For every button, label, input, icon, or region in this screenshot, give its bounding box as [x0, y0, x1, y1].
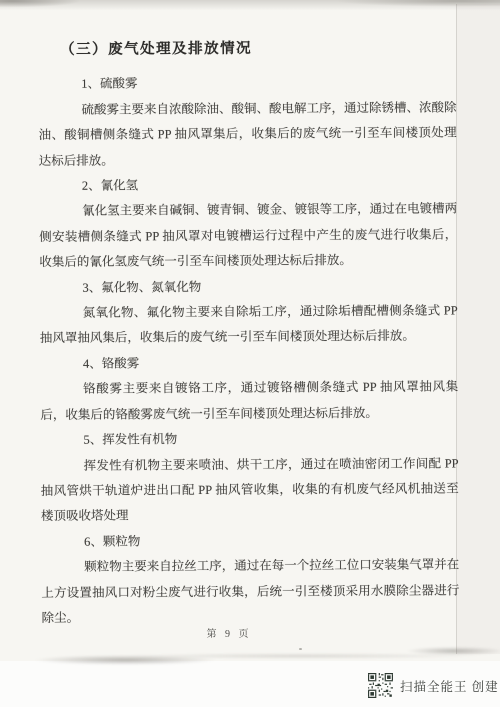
section-paragraph: 铬酸雾主要来自镀铬工序，通过镀铬槽侧条缝式 PP 抽风罩抽风集后，收集后的铬酸雾…: [40, 375, 458, 428]
section-heading: 5、挥发性有机物: [40, 426, 458, 454]
section-voc: 5、挥发性有机物 挥发性有机物主要来喷油、烘干工序，通过在喷油密闭工作间配 PP…: [40, 426, 459, 530]
section-heading: 6、颗粒物: [41, 527, 459, 555]
section-chromic-acid-mist: 4、铬酸雾 铬酸雾主要来自镀铬工序，通过镀铬槽侧条缝式 PP 抽风罩抽风集后，收…: [40, 349, 458, 428]
qr-code-icon: [368, 673, 393, 698]
section-hydrogen-cyanide: 2、氰化氢 氰化氢主要来自碱铜、镀青铜、镀金、镀银等工序，通过在电镀槽两侧安装槽…: [39, 171, 458, 275]
document-body: （三）废气处理及排放情况 1、硫酸雾 硫酸雾主要来自浓酸除油、酸铜、酸电解工序，…: [38, 35, 460, 631]
section-heading: 1、硫酸雾: [38, 70, 456, 98]
section-heading: 3、氟化物、氮氧化物: [39, 273, 457, 301]
scan-edge-top: [0, 0, 500, 14]
scanned-page: （三）废气处理及排放情况 1、硫酸雾 硫酸雾主要来自浓酸除油、酸铜、酸电解工序，…: [0, 0, 500, 661]
section-paragraph: 氰化氢主要来自碱铜、镀青铜、镀金、镀银等工序，通过在电镀槽两侧安装槽侧条缝式 P…: [39, 197, 457, 276]
section-paragraph: 颗粒物主要来自拉丝工序，通过在每一个拉丝工位口安装集气罩并在上方设置抽风口对粉尘…: [41, 553, 459, 632]
scan-edge-bottom: [0, 646, 500, 670]
section-fluoride-nox: 3、氟化物、氮氧化物 氮氧化物、氟化物主要来自除垢工序，通过除垢槽配槽侧条缝式 …: [39, 273, 457, 352]
document-title: （三）废气处理及排放情况: [60, 35, 456, 63]
scan-canvas: （三）废气处理及排放情况 1、硫酸雾 硫酸雾主要来自浓酸除油、酸铜、酸电解工序，…: [0, 0, 500, 707]
section-paragraph: 氮氧化物、氟化物主要来自除垢工序，通过除垢槽配槽侧条缝式 PP 抽风罩抽风集后，…: [40, 299, 458, 352]
camscanner-watermark: 扫描全能王 创建: [368, 673, 499, 698]
section-paragraph: 挥发性有机物主要来喷油、烘干工序，通过在喷油密闭工作间配 PP 抽风管烘干轨道炉…: [41, 451, 459, 530]
section-heading: 2、氰化氢: [39, 171, 457, 199]
section-particulates: 6、颗粒物 颗粒物主要来自拉丝工序，通过在每一个拉丝工位口安装集气罩并在上方设置…: [41, 527, 460, 631]
scan-edge-right: [456, 4, 500, 654]
section-heading: 4、铬酸雾: [40, 349, 458, 377]
watermark-text: 扫描全能王 创建: [400, 677, 499, 695]
page-number: 第 9 页: [0, 625, 458, 640]
section-sulfuric-acid-mist: 1、硫酸雾 硫酸雾主要来自浓酸除油、酸铜、酸电解工序，通过除锈槽、浓酸除油、酸铜…: [38, 70, 457, 174]
scan-speck: [299, 648, 302, 650]
section-paragraph: 硫酸雾主要来自浓酸除油、酸铜、酸电解工序，通过除锈槽、浓酸除油、酸铜槽侧条缝式 …: [38, 95, 456, 174]
